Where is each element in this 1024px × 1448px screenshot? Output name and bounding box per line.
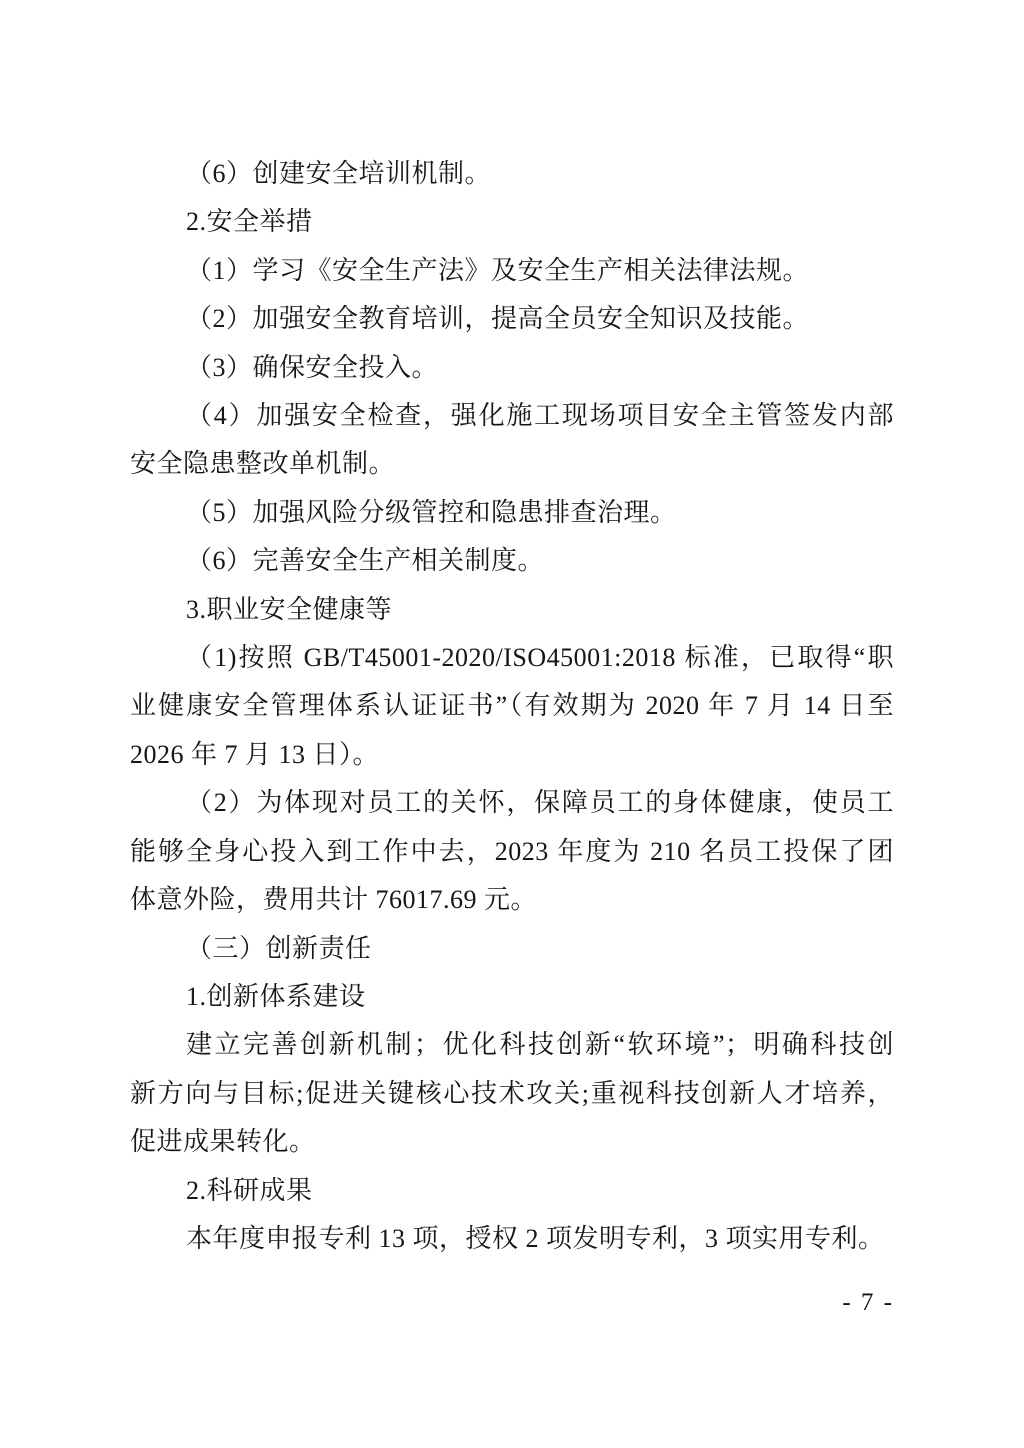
doc-line: 2026 年 7 月 13 日）。 xyxy=(130,731,894,779)
section-heading-innovation-system: 1.创新体系建设 xyxy=(130,973,894,1021)
section-heading-safety-measures: 2.安全举措 xyxy=(130,198,894,246)
section-heading-research-results: 2.科研成果 xyxy=(130,1167,894,1215)
doc-line: 本年度申报专利 13 项，授权 2 项发明专利，3 项实用专利。 xyxy=(130,1215,894,1263)
doc-line: （5）加强风险分级管控和隐患排查治理。 xyxy=(130,489,894,537)
doc-line: （4）加强安全检查，强化施工现场项目安全主管签发内部 xyxy=(130,392,894,440)
doc-line: 业健康安全管理体系认证证书”（有效期为 2020 年 7 月 14 日至 xyxy=(130,682,894,730)
doc-line: （2）为体现对员工的关怀，保障员工的身体健康，使员工 xyxy=(130,779,894,827)
doc-line: 体意外险，费用共计 76017.69 元。 xyxy=(130,876,894,924)
document-page: （6）创建安全培训机制。 2.安全举措 （1）学习《安全生产法》及安全生产相关法… xyxy=(0,0,1024,1448)
subsection-heading-innovation: （三）创新责任 xyxy=(130,925,894,973)
doc-line: （1）学习《安全生产法》及安全生产相关法律法规。 xyxy=(130,247,894,295)
section-heading-occupational-health: 3.职业安全健康等 xyxy=(130,586,894,634)
doc-line: （1)按照 GB/T45001-2020/ISO45001:2018 标准，已取… xyxy=(130,634,894,682)
doc-line: 促进成果转化。 xyxy=(130,1118,894,1166)
page-number: - 7 - xyxy=(130,1288,894,1318)
doc-line: （6）创建安全培训机制。 xyxy=(130,150,894,198)
doc-line: 建立完善创新机制；优化科技创新“软环境”；明确科技创 xyxy=(130,1021,894,1069)
doc-line: 能够全身心投入到工作中去，2023 年度为 210 名员工投保了团 xyxy=(130,828,894,876)
document-text-block: （6）创建安全培训机制。 2.安全举措 （1）学习《安全生产法》及安全生产相关法… xyxy=(130,150,894,1263)
doc-line: 安全隐患整改单机制。 xyxy=(130,440,894,488)
doc-line: （2）加强安全教育培训，提高全员安全知识及技能。 xyxy=(130,295,894,343)
doc-line: 新方向与目标;促进关键核心技术攻关;重视科技创新人才培养， xyxy=(130,1070,894,1118)
doc-line: （6）完善安全生产相关制度。 xyxy=(130,537,894,585)
doc-line: （3）确保安全投入。 xyxy=(130,344,894,392)
